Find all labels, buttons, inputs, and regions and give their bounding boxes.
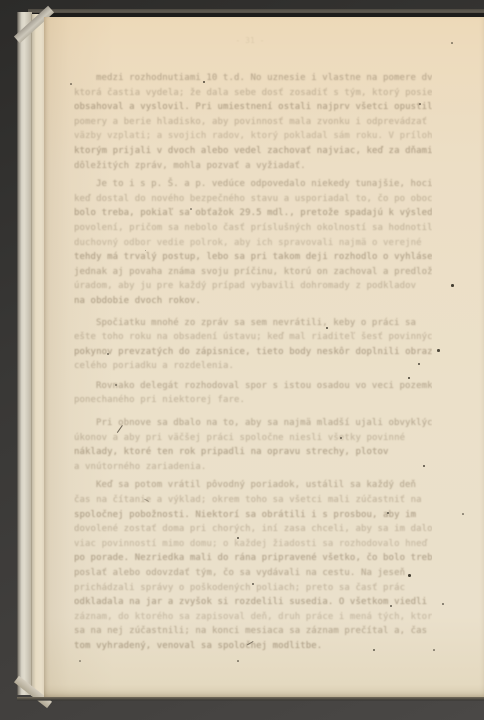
typewritten-line: celého poriadku a rozdelenia. <box>74 359 432 374</box>
typewritten-line: dovolené zostať doma pri chorých, iní za… <box>74 522 432 537</box>
ink-speck <box>237 537 239 539</box>
typewritten-line: Spočiatku mnohé zo zpráv sa sem nevrátil… <box>74 316 432 331</box>
faint-page-number: - 31 - <box>228 36 272 46</box>
ink-speck <box>462 513 464 515</box>
typewritten-text-block: medzi rozhodnutiami 10 t.d. No uznesie i… <box>74 71 432 654</box>
ink-speck <box>451 284 454 287</box>
typewritten-line: odkladala na jar a zvyšok si rozdelili s… <box>74 595 432 610</box>
ink-speck <box>373 649 375 651</box>
typewritten-line: Je to i s p. Š. a p. vedúce odpovedalo n… <box>74 177 432 192</box>
ink-speck <box>451 42 453 44</box>
typewritten-line: povolení, pričom sa nebolo časť príslušn… <box>74 221 432 236</box>
typewritten-line: poslať alebo odovzdať tým, čo sa vydával… <box>74 566 432 581</box>
typewritten-line: čas na čítanie a výklad; okrem toho sa v… <box>74 493 432 508</box>
faded-paragraph: Keď sa potom vrátil pôvodný poriadok, us… <box>74 478 432 653</box>
typewritten-line: spoločnej pobožnosti. Niektorí sa obráti… <box>74 508 432 523</box>
typewritten-line: Keď sa potom vrátil pôvodný poriadok, us… <box>74 478 432 493</box>
scanned-document-photo: - 31 - medzi rozhodnutiami 10 t.d. No uz… <box>0 0 484 720</box>
typewritten-line: obsahoval a vyslovil. Pri umiestnení ost… <box>74 100 432 115</box>
typewritten-line: a vnútorného zariadenia. <box>74 460 432 475</box>
ink-speck <box>115 384 117 386</box>
typewritten-line: viac povinností mimo domu; o každej žiad… <box>74 537 432 552</box>
ink-speck <box>418 363 420 365</box>
ink-speck <box>437 349 440 352</box>
ink-speck <box>190 208 192 210</box>
ink-speck <box>442 603 444 605</box>
typewritten-line: Rovnako delegát rozhodoval spor s istou … <box>74 379 432 394</box>
typewritten-line: úkonov a aby pri väčšej práci spoločne n… <box>74 431 432 446</box>
ink-speck <box>203 81 205 83</box>
ink-speck <box>390 605 392 607</box>
ink-speck <box>387 512 389 514</box>
typewritten-line: sa na nej zúčastnili; na konci mesiaca s… <box>74 624 432 639</box>
faded-paragraph: Pri obnove sa dbalo na to, aby sa najmä … <box>74 416 432 474</box>
typewritten-line: na obdobie dvoch rokov. <box>74 294 432 309</box>
ink-speck <box>408 574 411 577</box>
typewritten-line: bolo treba, pokiaľ sa obťažok 29.5 mdl.,… <box>74 206 432 221</box>
ink-speck <box>326 327 328 329</box>
typewritten-line: náklady, ktoré ten rok pripadli na oprav… <box>74 445 432 460</box>
page-bottom-edge-shadow <box>17 697 484 701</box>
typewritten-line: ponechaného pri niektorej fare. <box>74 393 432 408</box>
faded-paragraph: Rovnako delegát rozhodoval spor s istou … <box>74 379 432 408</box>
typewritten-line: ktorým prijali v dvoch alebo vedel zacho… <box>74 144 432 159</box>
ink-speck <box>70 83 72 85</box>
faded-paragraph: Spočiatku mnohé zo zpráv sa sem nevrátil… <box>74 316 432 374</box>
typewritten-line: väzby vzplati; a svojich radov, ktorý po… <box>74 129 432 144</box>
typewritten-line: dôležitých zpráv, mohla pozvať a vyžiada… <box>74 159 432 174</box>
typewritten-line: pomery a berie hladisko, aby povinnosť m… <box>74 115 432 130</box>
ink-speck <box>419 103 421 105</box>
typewritten-line: duchovný odbor vedie polrok, aby ich spr… <box>74 236 432 251</box>
book-left-cover-edge <box>17 12 32 695</box>
ink-speck <box>423 465 425 467</box>
typewritten-line: pokynov prevzatých do zápisnice, tieto b… <box>74 345 432 360</box>
typewritten-line: ktorá častia vydela; že dala sebe dosť z… <box>74 86 432 101</box>
ink-speck <box>237 660 239 662</box>
typewritten-line: záznam, do ktorého sa zapisoval deň, dru… <box>74 610 432 625</box>
page-stack-edge <box>31 14 45 696</box>
typewritten-line: úradom, aby ju pre každý prípad vybavili… <box>74 279 432 294</box>
typewritten-line: medzi rozhodnutiami 10 t.d. No uznesie i… <box>74 71 432 86</box>
faded-paragraph: Je to i s p. Š. a p. vedúce odpovedalo n… <box>74 177 432 308</box>
typewritten-line: ešte toho roku na obsadení ústavu; keď m… <box>74 330 432 345</box>
typewritten-line: Pri obnove sa dbalo na to, aby sa najmä … <box>74 416 432 431</box>
ink-speck <box>433 649 435 651</box>
typewritten-line: keď dostal do nového bezpečného stavu a … <box>74 192 432 207</box>
typewritten-line: jednak aj povaha známa svoju príčinu, kt… <box>74 265 432 280</box>
ink-speck <box>252 583 254 585</box>
ink-speck <box>79 660 81 662</box>
typewritten-line: po porade. Nezriedka mali do rána pripra… <box>74 551 432 566</box>
typewritten-line: tehdy má trvalý postup, lebo sa pri tako… <box>74 250 432 265</box>
ink-speck <box>340 437 342 439</box>
faded-paragraph: medzi rozhodnutiami 10 t.d. No uznesie i… <box>74 71 432 173</box>
ink-speck <box>107 353 109 355</box>
